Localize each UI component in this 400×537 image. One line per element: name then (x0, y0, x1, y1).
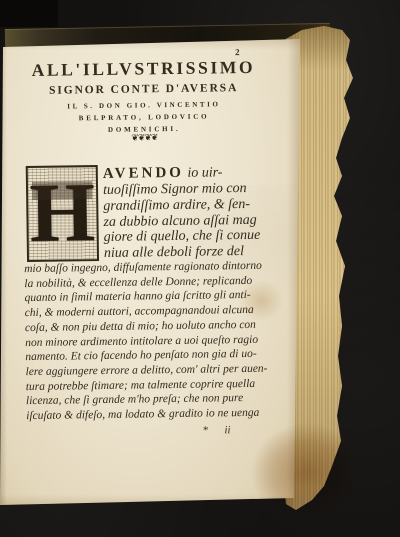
body-line: grandiſſimo ardire, & ſen- (103, 197, 260, 215)
backdrop-dark-patch (0, 0, 58, 27)
woodcut-detail (32, 181, 92, 200)
signature-mark: * ii (202, 424, 230, 436)
book-page: 2 ALL'ILLVSTRISSIMO SIGNOR CONTE D'AVERS… (0, 38, 302, 508)
body-line: iſcuſato & difeſo, ma lodato & gradito i… (26, 406, 268, 424)
dedication-title-line1: ALL'ILLVSTRISSIMO (21, 57, 265, 81)
opening-word: AVENDO (103, 165, 184, 182)
body-line: tuoſiſſimo Signor mio con (103, 181, 260, 199)
book-photograph: 2 ALL'ILLVSTRISSIMO SIGNOR CONTE D'AVERS… (0, 0, 400, 537)
dedication-title-line2: SIGNOR CONTE D'AVERSA (22, 82, 266, 97)
printer-ornament-icon: ❦❦❦❦ (22, 132, 266, 145)
body-full-block: mio baſſo ingegno, diffuſamente ragionat… (24, 259, 268, 424)
dedication-title-line4: BELPRATO, LODOVICO (22, 112, 266, 123)
body-indented-block: tuoſiſſimo Signor mio con grandiſſimo ar… (103, 181, 261, 262)
woodcut-initial: H (26, 165, 99, 262)
dedication-title-line3: IL S. DON GIO. VINCENTIO (22, 100, 266, 111)
opening-rest: io uir- (184, 165, 223, 181)
folio-number: 2 (235, 47, 240, 57)
page-content: 2 ALL'ILLVSTRISSIMO SIGNOR CONTE D'AVERS… (0, 34, 305, 508)
body-opening-line: AVENDO io uir- (103, 163, 223, 183)
